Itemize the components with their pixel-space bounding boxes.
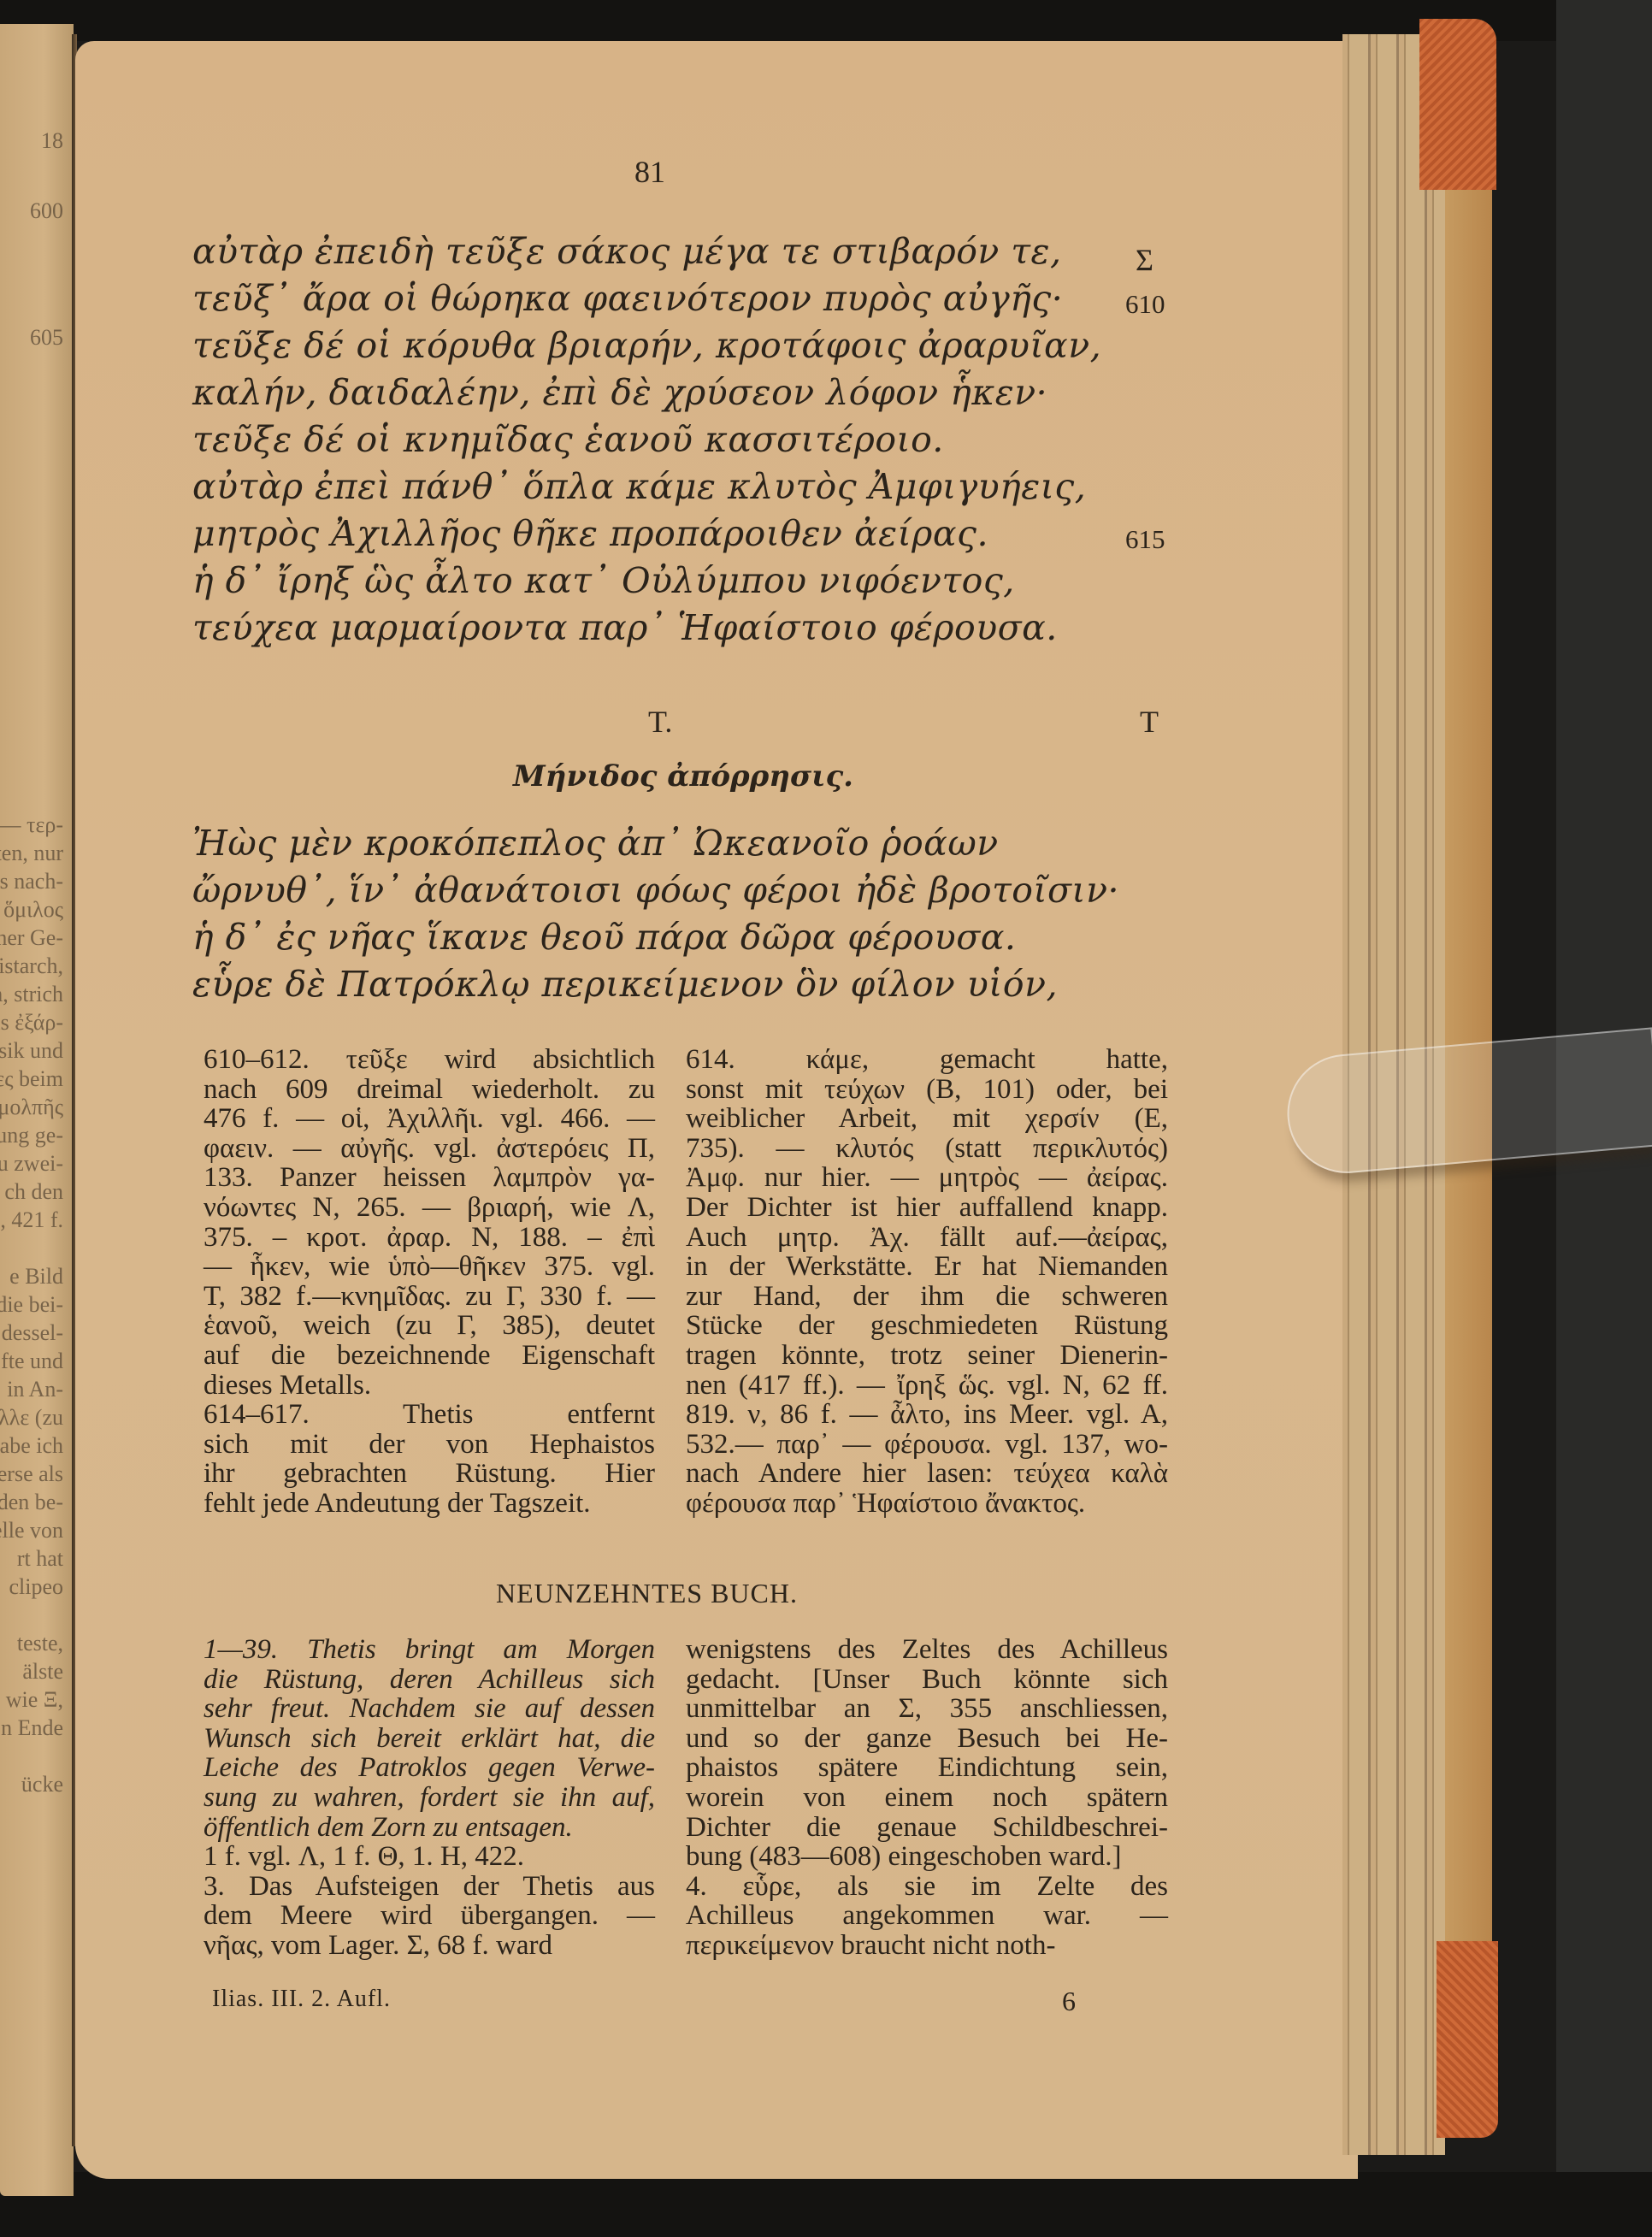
left-page-text-fragment: ch den [4, 1178, 63, 1206]
verse-line: ὤρνυθ᾽, ἵν᾽ ἀθανάτοισι φόως φέροι ἠδὲ βρ… [192, 870, 1119, 911]
commentary-line: auf die bezeichnende Eigenschaft [204, 1341, 655, 1371]
commentary-line: nach 609 dreimal wiederholt. zu [204, 1075, 655, 1105]
commentary-line: phaistos spätere Eindichtung sein, [686, 1753, 1168, 1783]
left-margin-number: 605 [30, 323, 63, 351]
left-page-text-fragment: μολπῆς [0, 1093, 63, 1121]
verse-line: Ἠὼς μὲν κροκόπεπλος ἀπ᾽ Ὠκεανοῖο ῥοάων [192, 823, 999, 864]
commentary-line: περικείμενον braucht nicht noth- [686, 1931, 1168, 1961]
sheet-number: 6 [1062, 1986, 1076, 2017]
commentary-line: νῆας, vom Lager. Σ, 68 f. ward [204, 1931, 655, 1961]
printer-signature: Ilias. III. 2. Aufl. [212, 1986, 391, 2013]
commentary-line: öffentlich dem Zorn zu entsagen. [204, 1813, 655, 1843]
verse-line: μητρὸς Ἀχιλλῆος θῆκε προπάροιθεν ἀείρας. [192, 513, 988, 554]
commentary-column-right-bottom: wenigstens des Zeltes des Achilleusgedac… [686, 1635, 1168, 1961]
commentary-line: die Rüstung, deren Achilleus sich [204, 1665, 655, 1695]
commentary-column-right: 614. κάμε, gemacht hatte,sonst mit τεύχω… [686, 1045, 1168, 1519]
commentary-line: sehr freut. Nachdem sie auf dessen [204, 1694, 655, 1724]
cover-cloth-corner-bottom [1437, 1941, 1498, 2138]
book-letter-heading: T. [648, 704, 672, 740]
commentary-line: und so der ganze Besuch bei He- [686, 1724, 1168, 1754]
left-page-text-fragment: ung ge- [0, 1121, 63, 1149]
commentary-line: sonst mit τεύχων (B, 101) oder, bei [686, 1075, 1168, 1105]
left-page-text-fragment: älste [22, 1657, 63, 1685]
left-page-text-fragment: abe ich [0, 1431, 63, 1460]
commentary-line: Stücke der geschmiedeten Rüstung [686, 1311, 1168, 1341]
commentary-line: unmittelbar an Σ, 355 anschliessen, [686, 1694, 1168, 1724]
left-page-text-fragment: fte und [1, 1347, 63, 1375]
commentary-line: 4. εὗρε, als sie im Zelte des [686, 1872, 1168, 1902]
left-page-text-fragment: s nach- [0, 867, 63, 895]
commentary-line: worein von einem noch spätern [686, 1783, 1168, 1813]
commentary-line: 133. Panzer heissen λαμπρὸν γα- [204, 1163, 655, 1193]
verse-line: τεῦξ᾽ ἄρα οἱ θώρηκα φαεινότερον πυρὸς αὐ… [192, 278, 1063, 319]
left-page-text-fragment: ücke [21, 1770, 63, 1798]
commentary-line: 3. Das Aufsteigen der Thetis aus [204, 1872, 655, 1902]
verse-line: ἡ δ᾽ ἴρηξ ὣς ἆλτο κατ᾽ Οὐλύμπου νιφόεντο… [192, 560, 1015, 601]
commentary-line: 819. ν, 86 f. — ἆλτο, ins Meer. vgl. A, [686, 1400, 1168, 1430]
book-subtitle: Μήνιδος ἀπόρρησις. [513, 759, 853, 794]
commentary-line: in der Werkstätte. Er hat Niemanden [686, 1252, 1168, 1282]
left-page-text-fragment: ften, nur [0, 839, 63, 867]
left-page-text-fragment: n, strich [0, 980, 63, 1008]
commentary-line: 614. κάμε, gemacht hatte, [686, 1045, 1168, 1075]
left-page-text-fragment: λλε (zu [0, 1403, 63, 1431]
commentary-line: wenigstens des Zeltes des Achilleus [686, 1635, 1168, 1665]
left-page-text-fragment: as ἐξάρ- [0, 1008, 63, 1036]
commentary-line: sung zu wahren, fordert sie ihn auf, [204, 1783, 655, 1813]
commentary-line: 735). — κλυτός (statt περικλυτός) [686, 1134, 1168, 1164]
left-page-text-fragment: dessel- [2, 1319, 63, 1347]
commentary-column-left-bottom: 1—39. Thetis bringt am Morgendie Rüstung… [204, 1635, 655, 1961]
commentary-line: φαειν. — αὐγῆς. vgl. ἀστερόεις Π, [204, 1134, 655, 1164]
page-number: 81 [634, 154, 665, 190]
commentary-line: 614–617. Thetis entfernt [204, 1400, 655, 1430]
left-margin-number: 600 [30, 197, 63, 225]
commentary-line: dem Meere wird übergangen. — [204, 1901, 655, 1931]
commentary-line: 532.— παρ᾽ — φέρουσα. vgl. 137, wo- [686, 1430, 1168, 1460]
left-page-text-fragment: in An- [7, 1375, 63, 1403]
commentary-line: sich mit der von Hephaistos [204, 1430, 655, 1460]
left-page-text-fragment: elle von [0, 1516, 63, 1544]
left-page-text-fragment: die bei- [0, 1290, 63, 1319]
commentary-column-left: 610–612. τεῦξε wird absichtlichnach 609 … [204, 1045, 655, 1519]
commentary-line: nach Andere hier lasen: τεύχεα καλὰ [686, 1459, 1168, 1489]
commentary-line: 1 f. vgl. Λ, 1 f. Θ, 1. H, 422. [204, 1842, 655, 1872]
cover-cloth-corner-top [1419, 19, 1496, 190]
commentary-line: φέρουσα παρ᾽ Ἡφαίστοιο ἄνακτος. [686, 1489, 1168, 1519]
commentary-line: zur Hand, der ihm die schweren [686, 1282, 1168, 1312]
commentary-line: 476 f. — οἱ, Ἀχιλλῆι. vgl. 466. — [204, 1104, 655, 1134]
left-page-text-fragment: wie Ξ, [6, 1685, 63, 1714]
commentary-line: Dichter die genaue Schildbeschrei- [686, 1813, 1168, 1843]
commentary-line: Achilleus angekommen war. — [686, 1901, 1168, 1931]
commentary-line: 375. – κροτ. ἀραρ. N, 188. – ἐπὶ [204, 1223, 655, 1253]
commentary-line: — ἧκεν, wie ὑπὸ—θῆκεν 375. vgl. [204, 1252, 655, 1282]
verse-line: αὐτὰρ ἐπειδὴ τεῦξε σάκος μέγα τε στιβαρό… [192, 231, 1062, 272]
left-page-text-fragment: ε, 421 f. [0, 1206, 63, 1234]
left-page-edge: 18 600 605 — τερ-ften, nurs nach-ὅμιλοςn… [0, 24, 74, 2196]
verse-line: αὐτὰρ ἐπεὶ πάνθ᾽ ὅπλα κάμε κλυτὸς Ἀμφιγυ… [192, 466, 1086, 507]
verse-line: καλήν, δαιδαλέην, ἐπὶ δὲ χρύσεον λόφον ἧ… [192, 372, 1047, 413]
verse-line: τεῦξε δέ οἱ κόρυθα βριαρήν, κροτάφοις ἀρ… [192, 325, 1101, 366]
left-page-text-fragment: n Ende [1, 1714, 63, 1742]
commentary-line: T, 382 f.—κνημῖδας. zu Γ, 330 f. — [204, 1282, 655, 1312]
left-page-text-fragment: teste, [17, 1629, 63, 1657]
commentary-line: Wunsch sich bereit erklärt hat, die [204, 1724, 655, 1754]
left-margin-number: 18 [41, 127, 63, 155]
commentary-line: νόωντες N, 265. — βριαρή, wie Λ, [204, 1193, 655, 1223]
line-number: 615 [1125, 524, 1165, 555]
commentary-line: bung (483—608) eingeschoben ward.] [686, 1842, 1168, 1872]
left-page-text-fragment: ρες beim [0, 1065, 63, 1093]
verse-line: ἡ δ᾽ ἐς νῆας ἵκανε θεοῦ πάρα δῶρα φέρουσ… [192, 917, 1016, 958]
verse-line: εὗρε δὲ Πατρόκλῳ περικείμενον ὃν φίλον υ… [192, 964, 1058, 1005]
commentary-line: Leiche des Patroklos gegen Verwe- [204, 1753, 655, 1783]
commentary-line: 610–612. τεῦξε wird absichtlich [204, 1045, 655, 1075]
commentary-line: Ἀμφ. nur hier. — μητρὸς — ἀείρας. [686, 1163, 1168, 1193]
commentary-line: ἑανοῦ, weich (zu Γ, 385), deutet [204, 1311, 655, 1341]
book-margin-letter: T [1140, 704, 1159, 740]
left-page-text-fragment: zu zwei- [0, 1149, 63, 1178]
commentary-line: 1—39. Thetis bringt am Morgen [204, 1635, 655, 1665]
commentary-line: nen (417 ff.). — ἴρηξ ὥς. vgl. N, 62 ff. [686, 1371, 1168, 1401]
line-number: 610 [1125, 289, 1165, 320]
book-margin-letter: Σ [1136, 242, 1153, 278]
section-title: NEUNZEHNTES BUCH. [496, 1578, 798, 1609]
left-page-text-fragment: ner Ge- [0, 924, 63, 952]
left-page-text-fragment: erse als [0, 1460, 63, 1488]
commentary-line: fehlt jede Andeutung der Tagszeit. [204, 1489, 655, 1519]
left-page-text-fragment: rt hat [17, 1544, 63, 1573]
commentary-line: ihr gebrachten Rüstung. Hier [204, 1459, 655, 1489]
left-page-text-fragment: ristarch, [0, 952, 63, 980]
left-page-text-fragment: sik und [0, 1036, 63, 1065]
commentary-line: gedacht. [Unser Buch könnte sich [686, 1665, 1168, 1695]
verse-line: τεῦξε δέ οἱ κνημῖδας ἑανοῦ κασσιτέροιο. [192, 419, 944, 460]
backdrop-bottom [0, 2172, 1652, 2237]
left-page-text-fragment: e Bild [9, 1262, 63, 1290]
commentary-line: dieses Metalls. [204, 1371, 655, 1401]
commentary-line: Auch μητρ. Ἀχ. fällt auf.—ἀείρας, [686, 1223, 1168, 1253]
commentary-line: Der Dichter ist hier auffallend knapp. [686, 1193, 1168, 1223]
verse-line: τεύχεα μαρμαίροντα παρ᾽ Ἡφαίστοιο φέρουσ… [192, 607, 1058, 648]
left-page-text-fragment: — τερ- [0, 811, 63, 839]
commentary-line: tragen könnte, trotz seiner Dienerin- [686, 1341, 1168, 1371]
left-page-text-fragment: den be- [0, 1488, 63, 1516]
left-page-text-fragment: ὅμιλος [3, 895, 63, 924]
left-page-text-fragment: clipeo [9, 1573, 63, 1601]
commentary-line: weiblicher Arbeit, mit χερσίν (E, [686, 1104, 1168, 1134]
